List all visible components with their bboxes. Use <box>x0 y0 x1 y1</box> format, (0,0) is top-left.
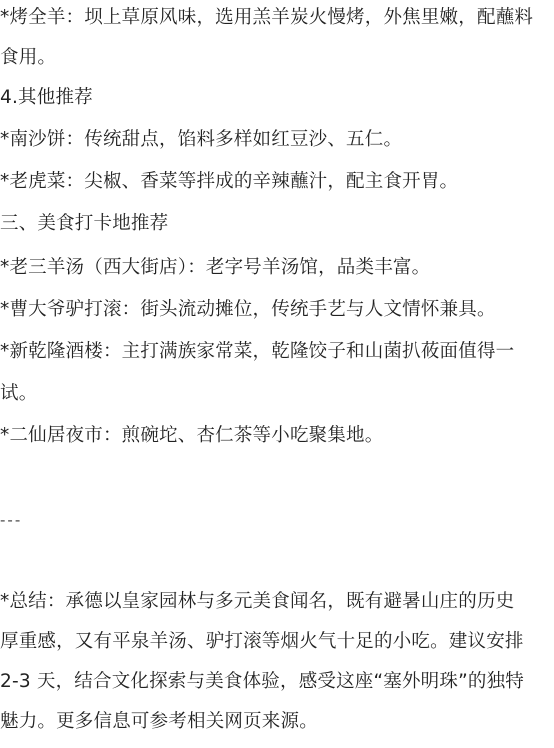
text-line-erxianju-night-market: *二仙居夜市：煎碗坨、杏仁茶等小吃聚集地。 <box>0 424 554 448</box>
text-line-roast-lamb-cont: 食用。 <box>0 46 554 70</box>
summary-line-2: 厚重感，又有平泉羊汤、驴打滚等烟火气十足的小吃。建议安排 <box>0 630 554 654</box>
text-line-xin-qianlong-cont: 试。 <box>0 382 554 406</box>
text-line-tiger-salad: *老虎菜：尖椒、香菜等拌成的辛辣蘸汁，配主食开胃。 <box>0 170 554 194</box>
text-line-cao-daye: *曹大爷驴打滚：街头流动摊位，传统手艺与人文情怀兼具。 <box>0 298 554 322</box>
horizontal-separator: --- <box>0 508 554 532</box>
text-line-nansha-cake: *南沙饼：传统甜点，馅料多样如红豆沙、五仁。 <box>0 128 554 152</box>
text-line-xin-qianlong: *新乾隆酒楼：主打满族家常菜，乾隆饺子和山菌扒莜面值得一 <box>0 340 554 364</box>
text-line-laosan-lamb-soup: *老三羊汤（西大街店）：老字号羊汤馆，品类丰富。 <box>0 256 554 280</box>
summary-line-1: *总结：承德以皇家园林与多元美食闻名，既有避暑山庄的历史 <box>0 590 554 614</box>
text-line-roast-lamb: *烤全羊：坝上草原风味，选用羔羊炭火慢烤，外焦里嫩，配蘸料 <box>0 6 554 30</box>
section-heading-food-spots: 三、美食打卡地推荐 <box>0 212 554 236</box>
summary-line-3: 2-3 天，结合文化探索与美食体验，感受这座“塞外明珠”的独特 <box>0 670 554 694</box>
summary-line-4: 魅力。更多信息可参考相关网页来源。 <box>0 710 554 734</box>
section-heading-other-recommendations: 4.其他推荐 <box>0 86 554 110</box>
